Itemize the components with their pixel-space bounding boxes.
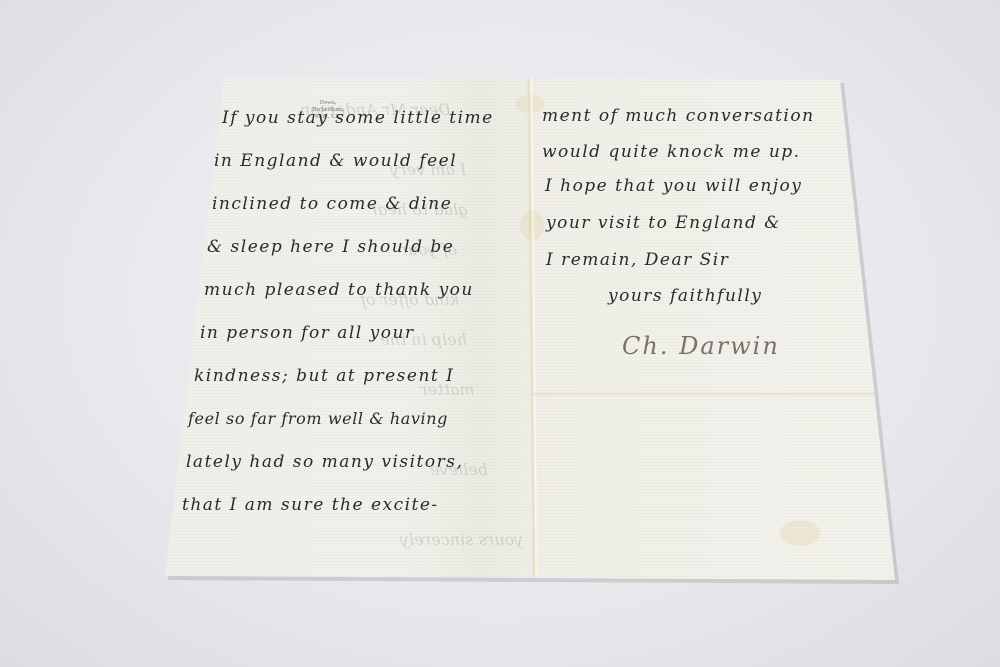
signature: Ch. Darwin <box>622 332 780 360</box>
letter-line: kindness; but at present I <box>194 366 454 386</box>
letter-line: inclined to come & dine <box>212 194 452 214</box>
letter-line: ment of much conversation <box>542 106 815 126</box>
letter-line: feel so far from well & having <box>188 409 448 428</box>
show-through-text: yours sincerely <box>400 530 523 549</box>
letter-line: that I am sure the excite- <box>182 495 439 515</box>
letter-line: I remain, Dear Sir <box>546 250 729 270</box>
letter-line: & sleep here I should be <box>207 237 454 257</box>
letter-line: in England & would feel <box>214 151 457 171</box>
horizontal-fold <box>533 392 878 396</box>
letterhead-line: Down, <box>308 100 348 107</box>
photo-scene: Dear Mr Anderson I am very glad to hear … <box>0 0 1000 667</box>
letter-line: lately had so many visitors, <box>186 452 463 472</box>
letter-line: your visit to England & <box>546 213 781 233</box>
age-stain <box>780 520 820 546</box>
letter-line: If you stay some little time <box>222 108 494 128</box>
center-fold <box>526 77 538 579</box>
letter-line: I hope that you will enjoy <box>545 176 802 196</box>
letter-line: much pleased to thank you <box>204 280 474 300</box>
letter-line: in person for all your <box>200 323 415 343</box>
letter-sheet: Dear Mr Anderson I am very glad to hear … <box>0 0 1000 667</box>
letter-line: would quite knock me up. <box>542 142 801 162</box>
closing: yours faithfully <box>608 286 762 306</box>
